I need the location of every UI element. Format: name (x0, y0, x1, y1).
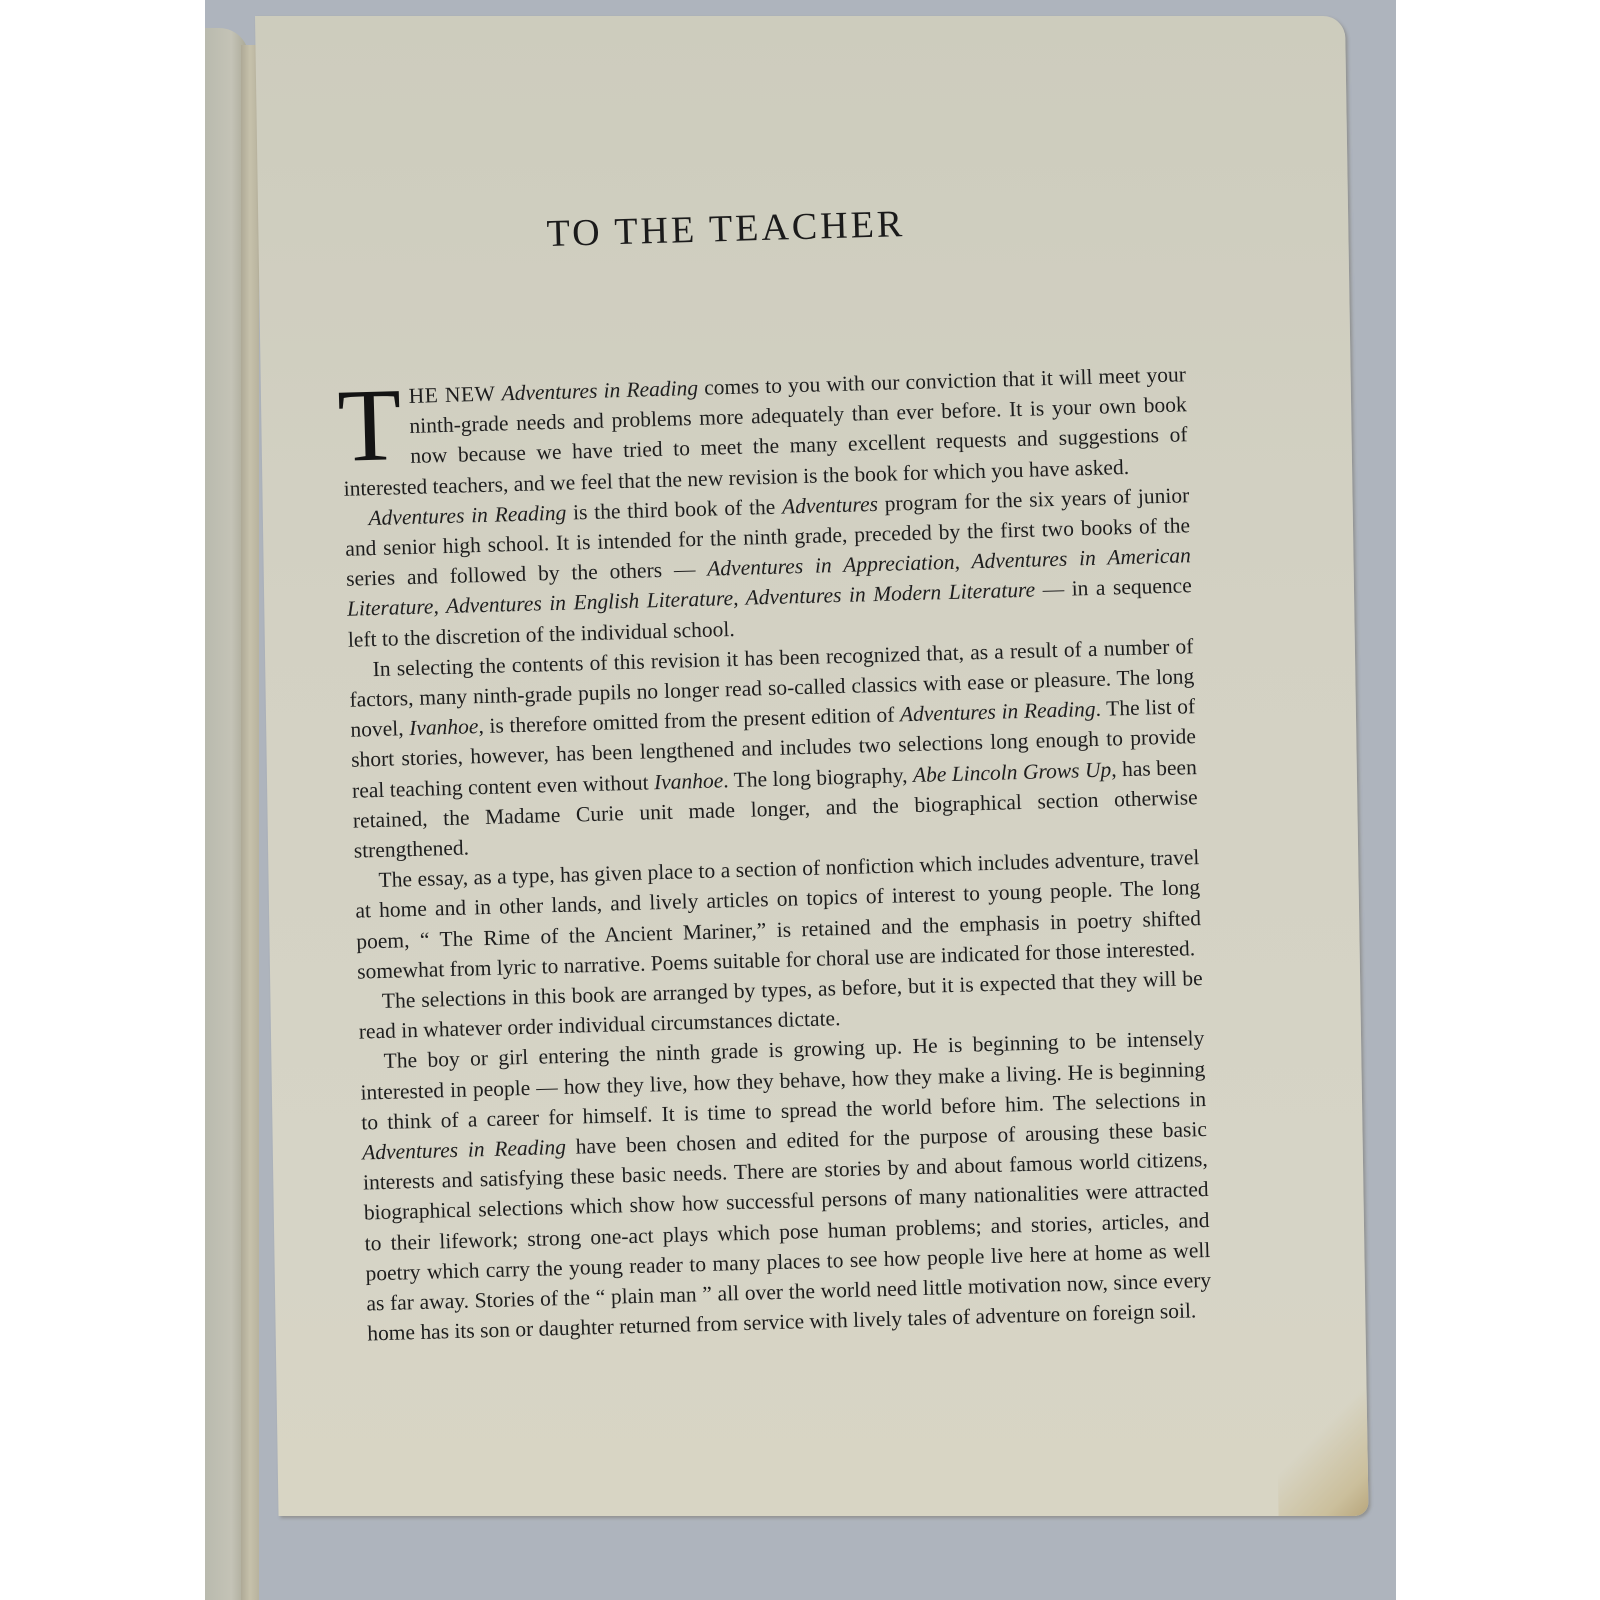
lead-caps: HE NEW (408, 382, 495, 408)
paragraph: Adventures in Reading is the third book … (344, 480, 1193, 655)
worn-page-corner (1277, 1386, 1369, 1516)
book-spine-fold (241, 45, 259, 1600)
paragraph: The essay, as a type, has given place to… (354, 842, 1202, 986)
paragraph: In selecting the contents of this revisi… (348, 631, 1199, 866)
drop-cap: T (337, 387, 403, 465)
paragraph: The boy or girl entering the ninth grade… (359, 1023, 1212, 1349)
paragraph: THE NEW Adventures in Reading comes to y… (341, 359, 1189, 503)
body-text: THE NEW Adventures in Reading comes to y… (341, 359, 1213, 1349)
book-photo: TO THE TEACHER THE NEW Adventures in Rea… (205, 0, 1396, 1600)
